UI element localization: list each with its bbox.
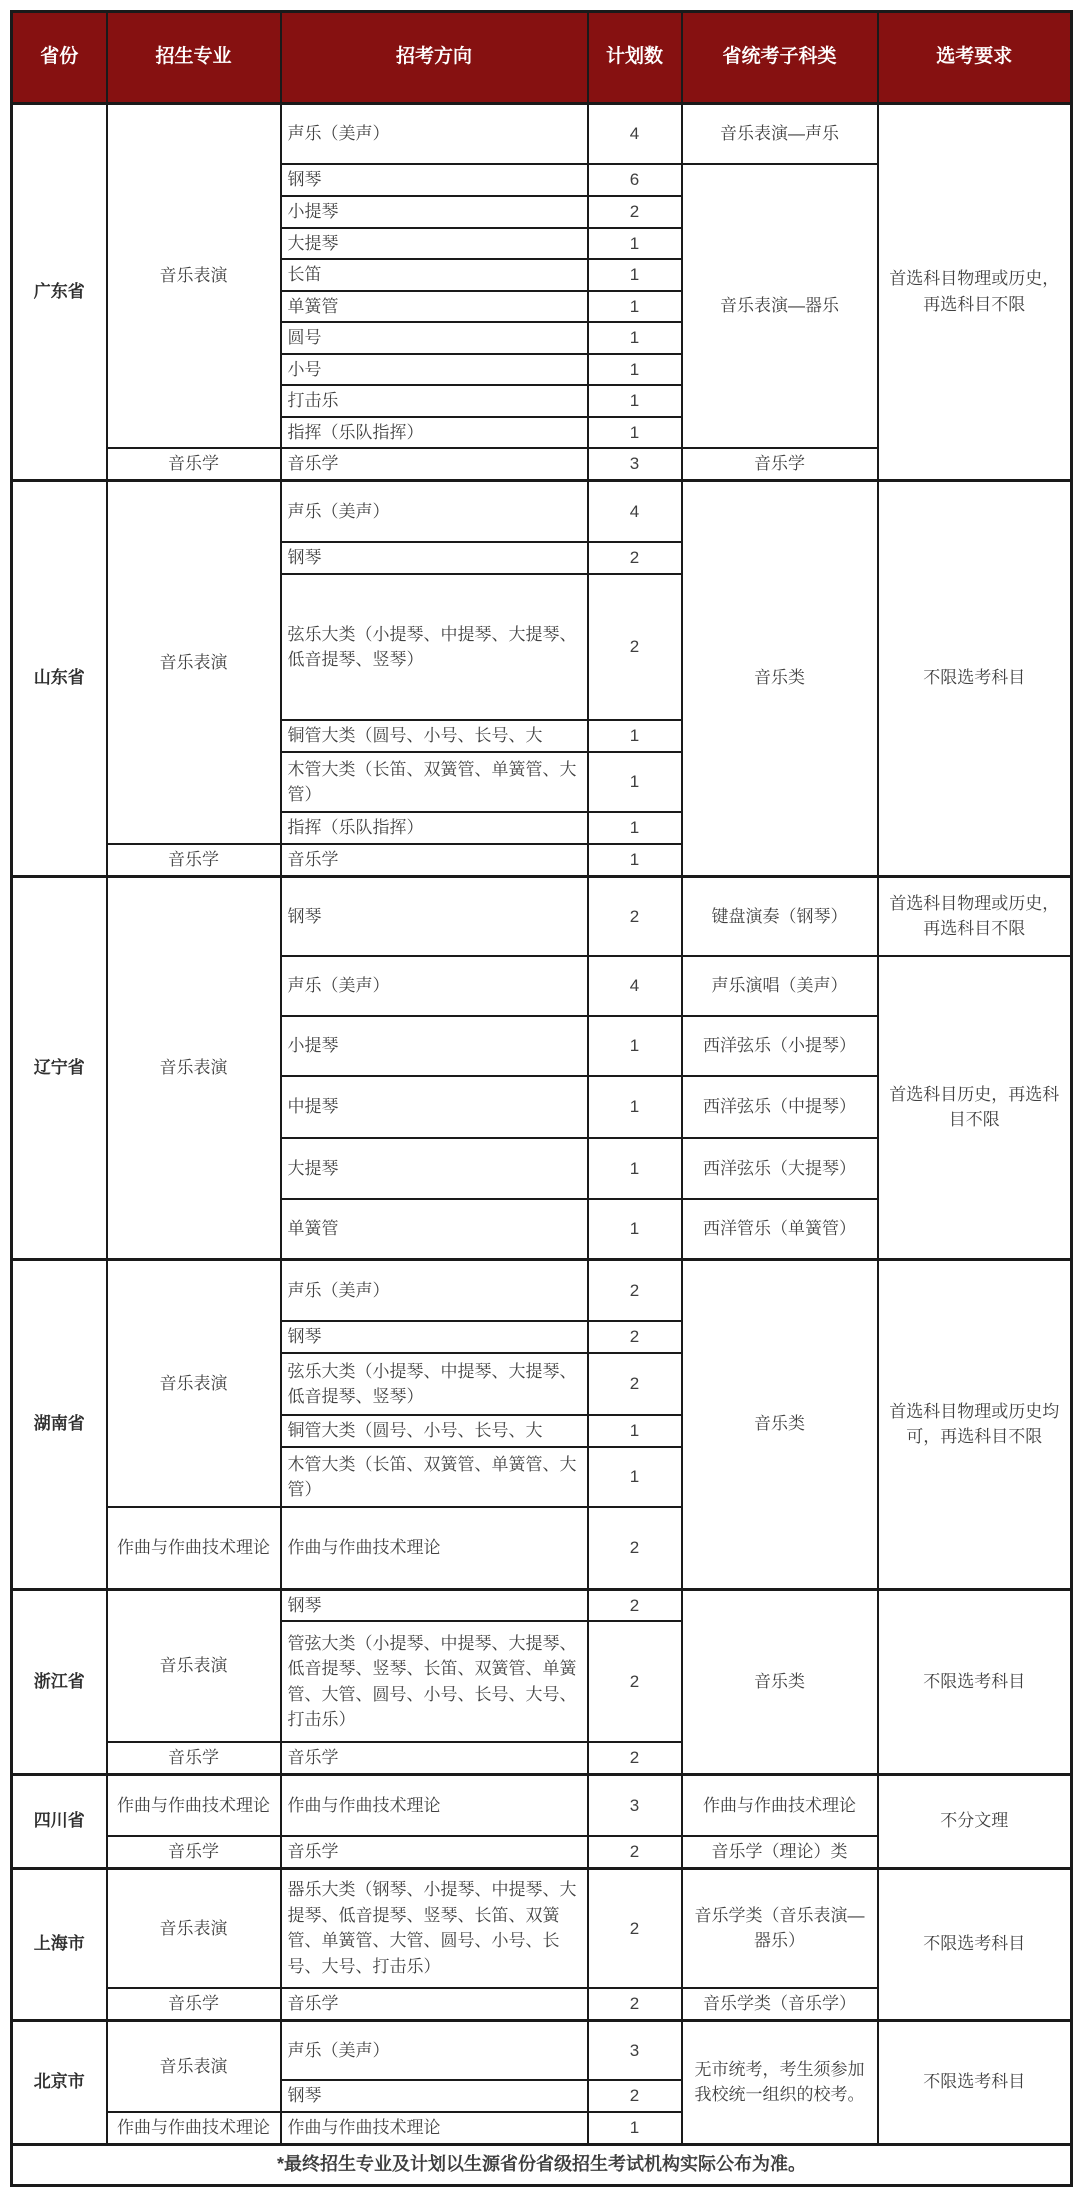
cell-major: 音乐学 xyxy=(107,448,281,480)
cell-subcategory: 音乐类 xyxy=(682,1259,878,1589)
cell-major: 音乐表演 xyxy=(107,876,281,1259)
cell-count: 2 xyxy=(588,1988,682,2020)
cell-subcategory: 音乐学 xyxy=(682,448,878,480)
cell-direction: 钢琴 xyxy=(281,1589,588,1621)
cell-direction: 木管大类（长笛、双簧管、单簧管、大管） xyxy=(281,752,588,812)
cell-subcategory: 音乐学类（音乐学） xyxy=(682,1988,878,2020)
cell-count: 3 xyxy=(588,1774,682,1836)
cell-count: 2 xyxy=(588,1321,682,1353)
cell-direction: 指挥（乐队指挥） xyxy=(281,417,588,449)
cell-direction: 大提琴 xyxy=(281,1138,588,1199)
cell-direction: 钢琴 xyxy=(281,542,588,574)
cell-major: 作曲与作曲技术理论 xyxy=(107,1774,281,1836)
column-header-direction: 招考方向 xyxy=(281,12,588,104)
cell-direction: 钢琴 xyxy=(281,2080,588,2112)
admission-plan-table: 省份 招生专业 招考方向 计划数 省统考子科类 选考要求 广东省音乐表演声乐（美… xyxy=(10,10,1073,2187)
table-row: 湖南省音乐表演声乐（美声）2音乐类首选科目物理或历史均可，再选科目不限 xyxy=(12,1259,1072,1321)
cell-major: 作曲与作曲技术理论 xyxy=(107,2112,281,2144)
cell-subcategory: 键盘演奏（钢琴） xyxy=(682,876,878,956)
cell-direction: 音乐学 xyxy=(281,1988,588,2020)
cell-province: 北京市 xyxy=(12,2020,107,2144)
cell-direction: 音乐学 xyxy=(281,1836,588,1868)
cell-province: 湖南省 xyxy=(12,1259,107,1589)
cell-province: 上海市 xyxy=(12,1868,107,2020)
cell-direction: 指挥（乐队指挥） xyxy=(281,812,588,844)
cell-count: 2 xyxy=(588,196,682,228)
cell-count: 1 xyxy=(588,291,682,323)
cell-count: 2 xyxy=(588,1742,682,1774)
cell-count: 1 xyxy=(588,2112,682,2144)
cell-direction: 长笛 xyxy=(281,259,588,291)
cell-direction: 声乐（美声） xyxy=(281,956,588,1016)
table-row: 辽宁省音乐表演钢琴2键盘演奏（钢琴）首选科目物理或历史，再选科目不限 xyxy=(12,876,1072,956)
cell-direction: 声乐（美声） xyxy=(281,480,588,542)
cell-count: 1 xyxy=(588,1076,682,1138)
cell-requirement: 首选科目物理或历史，再选科目不限 xyxy=(878,876,1072,956)
table-row: 四川省作曲与作曲技术理论作曲与作曲技术理论3作曲与作曲技术理论不分文理 xyxy=(12,1774,1072,1836)
cell-direction: 木管大类（长笛、双簧管、单簧管、大管） xyxy=(281,1447,588,1507)
cell-direction: 小提琴 xyxy=(281,1016,588,1076)
cell-province: 广东省 xyxy=(12,104,107,481)
cell-direction: 声乐（美声） xyxy=(281,1259,588,1321)
cell-count: 2 xyxy=(588,1868,682,1988)
cell-count: 1 xyxy=(588,354,682,386)
table-row: 山东省音乐表演声乐（美声）4音乐类不限选考科目 xyxy=(12,480,1072,542)
column-header-requirement: 选考要求 xyxy=(878,12,1072,104)
cell-subcategory: 声乐演唱（美声） xyxy=(682,956,878,1016)
cell-count: 1 xyxy=(588,844,682,876)
cell-direction: 音乐学 xyxy=(281,844,588,876)
cell-subcategory: 音乐表演—声乐 xyxy=(682,104,878,164)
cell-count: 1 xyxy=(588,228,682,260)
cell-subcategory: 作曲与作曲技术理论 xyxy=(682,1774,878,1836)
table-row: 浙江省音乐表演钢琴2音乐类不限选考科目 xyxy=(12,1589,1072,1621)
cell-direction: 铜管大类（圆号、小号、长号、大 xyxy=(281,720,588,752)
cell-count: 2 xyxy=(588,1836,682,1868)
cell-count: 2 xyxy=(588,1589,682,1621)
cell-subcategory: 音乐表演—器乐 xyxy=(682,164,878,449)
table-row: 上海市音乐表演器乐大类（钢琴、小提琴、中提琴、大提琴、低音提琴、竖琴、长笛、双簧… xyxy=(12,1868,1072,1988)
cell-major: 音乐表演 xyxy=(107,480,281,844)
cell-direction: 器乐大类（钢琴、小提琴、中提琴、大提琴、低音提琴、竖琴、长笛、双簧管、单簧管、大… xyxy=(281,1868,588,1988)
cell-count: 1 xyxy=(588,259,682,291)
table-footer: *最终招生专业及计划以生源省份省级招生考试机构实际公布为准。 xyxy=(12,2144,1072,2185)
cell-count: 4 xyxy=(588,956,682,1016)
cell-count: 2 xyxy=(588,876,682,956)
cell-major: 音乐表演 xyxy=(107,1589,281,1742)
cell-direction: 铜管大类（圆号、小号、长号、大 xyxy=(281,1415,588,1447)
cell-direction: 打击乐 xyxy=(281,385,588,417)
column-header-province: 省份 xyxy=(12,12,107,104)
cell-requirement: 首选科目物理或历史均可，再选科目不限 xyxy=(878,1259,1072,1589)
table-row: 北京市音乐表演声乐（美声）3无市统考，考生须参加我校统一组织的校考。不限选考科目 xyxy=(12,2020,1072,2080)
cell-count: 1 xyxy=(588,417,682,449)
cell-count: 1 xyxy=(588,1199,682,1259)
cell-count: 4 xyxy=(588,104,682,164)
cell-major: 音乐学 xyxy=(107,1836,281,1868)
cell-province: 四川省 xyxy=(12,1774,107,1868)
cell-count: 3 xyxy=(588,448,682,480)
cell-direction: 音乐学 xyxy=(281,1742,588,1774)
cell-direction: 中提琴 xyxy=(281,1076,588,1138)
cell-count: 1 xyxy=(588,812,682,844)
cell-subcategory: 音乐类 xyxy=(682,1589,878,1774)
cell-direction: 小号 xyxy=(281,354,588,386)
cell-count: 2 xyxy=(588,542,682,574)
cell-count: 2 xyxy=(588,1621,682,1742)
cell-major: 音乐学 xyxy=(107,844,281,876)
cell-direction: 弦乐大类（小提琴、中提琴、大提琴、低音提琴、竖琴） xyxy=(281,1353,588,1415)
table-header: 省份 招生专业 招考方向 计划数 省统考子科类 选考要求 xyxy=(12,12,1072,104)
column-header-count: 计划数 xyxy=(588,12,682,104)
cell-requirement: 不限选考科目 xyxy=(878,1868,1072,2020)
cell-subcategory: 音乐学（理论）类 xyxy=(682,1836,878,1868)
cell-province: 辽宁省 xyxy=(12,876,107,1259)
cell-subcategory: 音乐学类（音乐表演—器乐） xyxy=(682,1868,878,1988)
cell-subcategory: 音乐类 xyxy=(682,480,878,876)
cell-requirement: 不限选考科目 xyxy=(878,1589,1072,1774)
cell-direction: 钢琴 xyxy=(281,164,588,196)
cell-requirement: 首选科目历史，再选科目不限 xyxy=(878,956,1072,1259)
cell-direction: 声乐（美声） xyxy=(281,2020,588,2080)
cell-count: 1 xyxy=(588,385,682,417)
cell-province: 浙江省 xyxy=(12,1589,107,1774)
column-header-subcategory: 省统考子科类 xyxy=(682,12,878,104)
cell-count: 6 xyxy=(588,164,682,196)
table-row: 广东省音乐表演声乐（美声）4音乐表演—声乐首选科目物理或历史，再选科目不限 xyxy=(12,104,1072,164)
cell-major: 音乐学 xyxy=(107,1742,281,1774)
cell-direction: 大提琴 xyxy=(281,228,588,260)
cell-requirement: 不限选考科目 xyxy=(878,480,1072,876)
cell-count: 1 xyxy=(588,752,682,812)
cell-requirement: 首选科目物理或历史，再选科目不限 xyxy=(878,104,1072,481)
cell-direction: 钢琴 xyxy=(281,876,588,956)
cell-direction: 小提琴 xyxy=(281,196,588,228)
cell-count: 1 xyxy=(588,1138,682,1199)
cell-count: 1 xyxy=(588,1415,682,1447)
cell-province: 山东省 xyxy=(12,480,107,876)
cell-direction: 管弦大类（小提琴、中提琴、大提琴、低音提琴、竖琴、长笛、双簧管、单簧管、大管、圆… xyxy=(281,1621,588,1742)
cell-major: 音乐表演 xyxy=(107,2020,281,2112)
cell-subcategory: 无市统考，考生须参加我校统一组织的校考。 xyxy=(682,2020,878,2144)
cell-major: 音乐表演 xyxy=(107,1259,281,1507)
cell-major: 音乐学 xyxy=(107,1988,281,2020)
cell-count: 2 xyxy=(588,1259,682,1321)
cell-direction: 钢琴 xyxy=(281,1321,588,1353)
cell-requirement: 不分文理 xyxy=(878,1774,1072,1868)
cell-direction: 单簧管 xyxy=(281,291,588,323)
cell-count: 1 xyxy=(588,720,682,752)
cell-count: 1 xyxy=(588,322,682,354)
cell-count: 2 xyxy=(588,1353,682,1415)
cell-major: 音乐表演 xyxy=(107,104,281,449)
cell-subcategory: 西洋管乐（单簧管） xyxy=(682,1199,878,1259)
cell-direction: 声乐（美声） xyxy=(281,104,588,164)
cell-count: 1 xyxy=(588,1016,682,1076)
cell-count: 2 xyxy=(588,574,682,720)
column-header-major: 招生专业 xyxy=(107,12,281,104)
cell-direction: 作曲与作曲技术理论 xyxy=(281,2112,588,2144)
cell-direction: 音乐学 xyxy=(281,448,588,480)
cell-direction: 弦乐大类（小提琴、中提琴、大提琴、低音提琴、竖琴） xyxy=(281,574,588,720)
cell-direction: 圆号 xyxy=(281,322,588,354)
cell-count: 2 xyxy=(588,1507,682,1589)
cell-subcategory: 西洋弦乐（小提琴） xyxy=(682,1016,878,1076)
cell-subcategory: 西洋弦乐（大提琴） xyxy=(682,1138,878,1199)
cell-count: 2 xyxy=(588,2080,682,2112)
admission-plan-page: 省份 招生专业 招考方向 计划数 省统考子科类 选考要求 广东省音乐表演声乐（美… xyxy=(0,0,1080,2197)
cell-count: 4 xyxy=(588,480,682,542)
cell-direction: 作曲与作曲技术理论 xyxy=(281,1774,588,1836)
cell-count: 3 xyxy=(588,2020,682,2080)
cell-requirement: 不限选考科目 xyxy=(878,2020,1072,2144)
cell-major: 音乐表演 xyxy=(107,1868,281,1988)
footnote: *最终招生专业及计划以生源省份省级招生考试机构实际公布为准。 xyxy=(12,2144,1072,2185)
table-body: 广东省音乐表演声乐（美声）4音乐表演—声乐首选科目物理或历史，再选科目不限钢琴6… xyxy=(12,104,1072,2145)
cell-major: 作曲与作曲技术理论 xyxy=(107,1507,281,1589)
cell-count: 1 xyxy=(588,1447,682,1507)
cell-direction: 单簧管 xyxy=(281,1199,588,1259)
cell-subcategory: 西洋弦乐（中提琴） xyxy=(682,1076,878,1138)
cell-direction: 作曲与作曲技术理论 xyxy=(281,1507,588,1589)
